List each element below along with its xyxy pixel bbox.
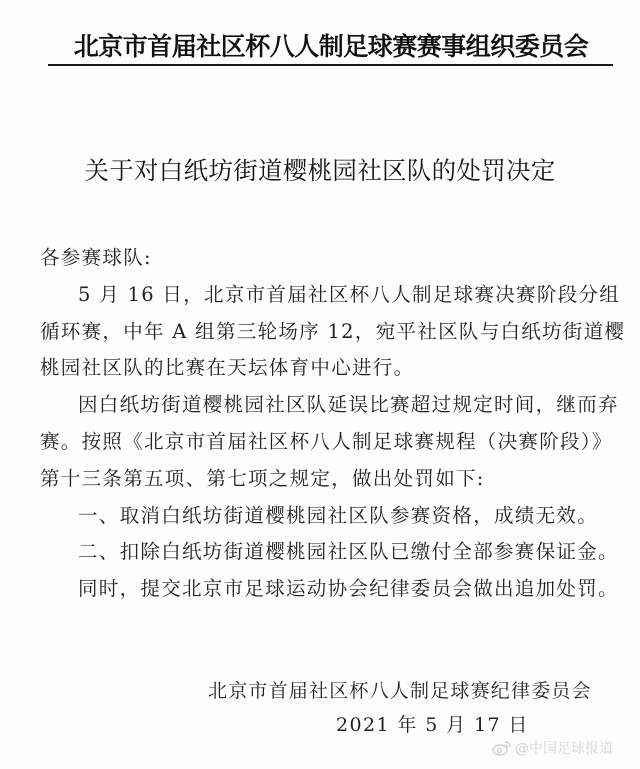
signature-organization: 北京市首届社区杯八人制足球赛纪律委员会 <box>208 676 592 706</box>
weibo-icon <box>492 739 512 757</box>
penalty-item-2: 二、扣除白纸坊街道樱桃园社区队已缴付全部参赛保证金。 <box>40 534 620 571</box>
body-line: 第十三条第五项、第七项之规定，做出处罚如下: <box>40 461 620 498</box>
penalty-item-1: 一、取消白纸坊街道樱桃园社区队参赛资格，成绩无效。 <box>40 498 620 535</box>
watermark-text: @中国足球报道 <box>515 738 613 758</box>
salutation: 各参赛球队: <box>40 240 620 277</box>
document-page: 北京市首届社区杯八人制足球赛赛事组织委员会 关于对白纸坊街道樱桃园社区队的处罚决… <box>0 0 640 769</box>
document-body: 各参赛球队: 5 月 16 日，北京市首届社区杯八人制足球赛决赛阶段分组 循环赛… <box>40 240 620 608</box>
body-line: 赛。按照《北京市首届社区杯八人制足球赛规程（决赛阶段）》 <box>40 424 620 461</box>
body-line: 同时，提交北京市足球运动协会纪律委员会做出追加处罚。 <box>40 571 620 608</box>
body-line: 循环赛，中年 A 组第三轮场序 12，宛平社区队与白纸坊街道樱 <box>40 314 620 351</box>
watermark: @中国足球报道 <box>492 738 613 758</box>
body-line: 因白纸坊街道樱桃园社区队延误比赛超过规定时间，继而弃 <box>40 387 620 424</box>
header-underline-divider <box>48 64 613 66</box>
issuing-organization-header: 北京市首届社区杯八人制足球赛赛事组织委员会 <box>48 32 614 62</box>
document-title: 关于对白纸坊街道樱桃园社区队的处罚决定 <box>0 156 640 186</box>
body-line: 5 月 16 日，北京市首届社区杯八人制足球赛决赛阶段分组 <box>40 277 620 314</box>
body-line: 桃园社区队的比赛在天坛体育中心进行。 <box>40 350 620 387</box>
signature-date: 2021 年 5 月 17 日 <box>336 710 529 740</box>
